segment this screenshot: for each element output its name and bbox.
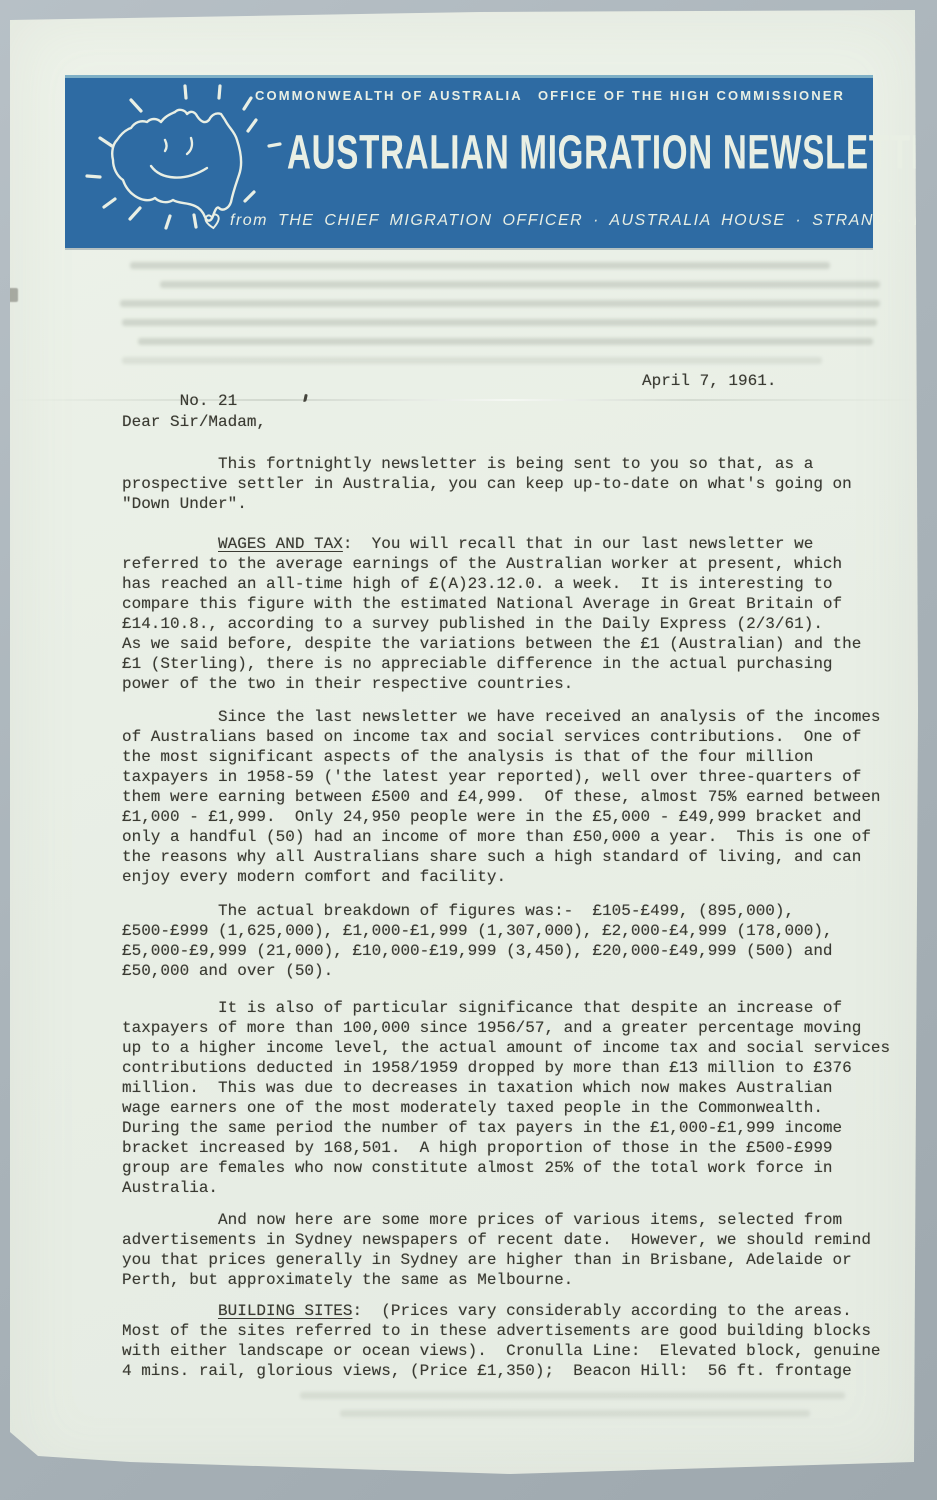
paper-edge-mark [118,10,120,17]
photo-background: COMMONWEALTH OF AUSTRALIA OFFICE OF THE … [0,0,937,1500]
paragraph-tax-significance: It is also of particular significance th… [122,998,916,1198]
bleed-through-line [138,338,873,345]
issue-header-row: No. 21 April 7, 1961. [122,371,916,391]
paragraph-wages-and-tax: WAGES AND TAX: You will recall that in o… [122,534,916,694]
masthead-tagline: from THE CHIEF MIGRATION OFFICER · AUSTR… [203,212,937,230]
paragraph-building-sites: BUILDING SITES: (Prices vary considerabl… [122,1301,916,1381]
letter-page: COMMONWEALTH OF AUSTRALIA OFFICE OF THE … [10,10,918,1480]
office-label: OFFICE OF THE HIGH COMMISSIONER [538,88,845,103]
bleed-through-line [120,300,880,307]
bleed-through-line [160,281,880,288]
bleed-through-line [122,357,822,364]
paragraph-sydney-prices: And now here are some more prices of var… [122,1210,916,1290]
bleed-through-line [300,1392,845,1399]
paper-smudge [6,288,18,302]
letter-date: April 7, 1961. [642,371,776,391]
section-heading-building-sites: BUILDING SITES [218,1302,352,1320]
bleed-through-line [122,319,877,326]
paragraph-incomes-analysis: Since the last newsletter we have receiv… [122,707,916,887]
commonwealth-label: COMMONWEALTH OF AUSTRALIA [255,88,523,103]
tasmania-heart-icon [202,211,223,230]
issue-number: No. 21 [180,392,238,410]
australia-outline [112,110,241,221]
newsletter-title: AUSTRALIAN MIGRATION NEWSLETTER [287,128,937,176]
masthead-banner: COMMONWEALTH OF AUSTRALIA OFFICE OF THE … [65,75,873,248]
bleed-through-line [340,1410,810,1417]
paragraph-figures-breakdown: The actual breakdown of figures was:- £1… [122,901,916,981]
sun-rays-icon [87,86,280,228]
section-heading-wages-and-tax: WAGES AND TAX [218,535,343,553]
tagline-text: from THE CHIEF MIGRATION OFFICER · AUSTR… [230,212,937,230]
paper-edge-mark [88,8,91,17]
paragraph-intro: This fortnightly newsletter is being sen… [122,454,916,514]
bleed-through-line [130,262,830,269]
smiley-face [151,138,207,178]
masthead-topline: COMMONWEALTH OF AUSTRALIA OFFICE OF THE … [255,88,845,103]
salutation: Dear Sir/Madam, [122,412,916,432]
